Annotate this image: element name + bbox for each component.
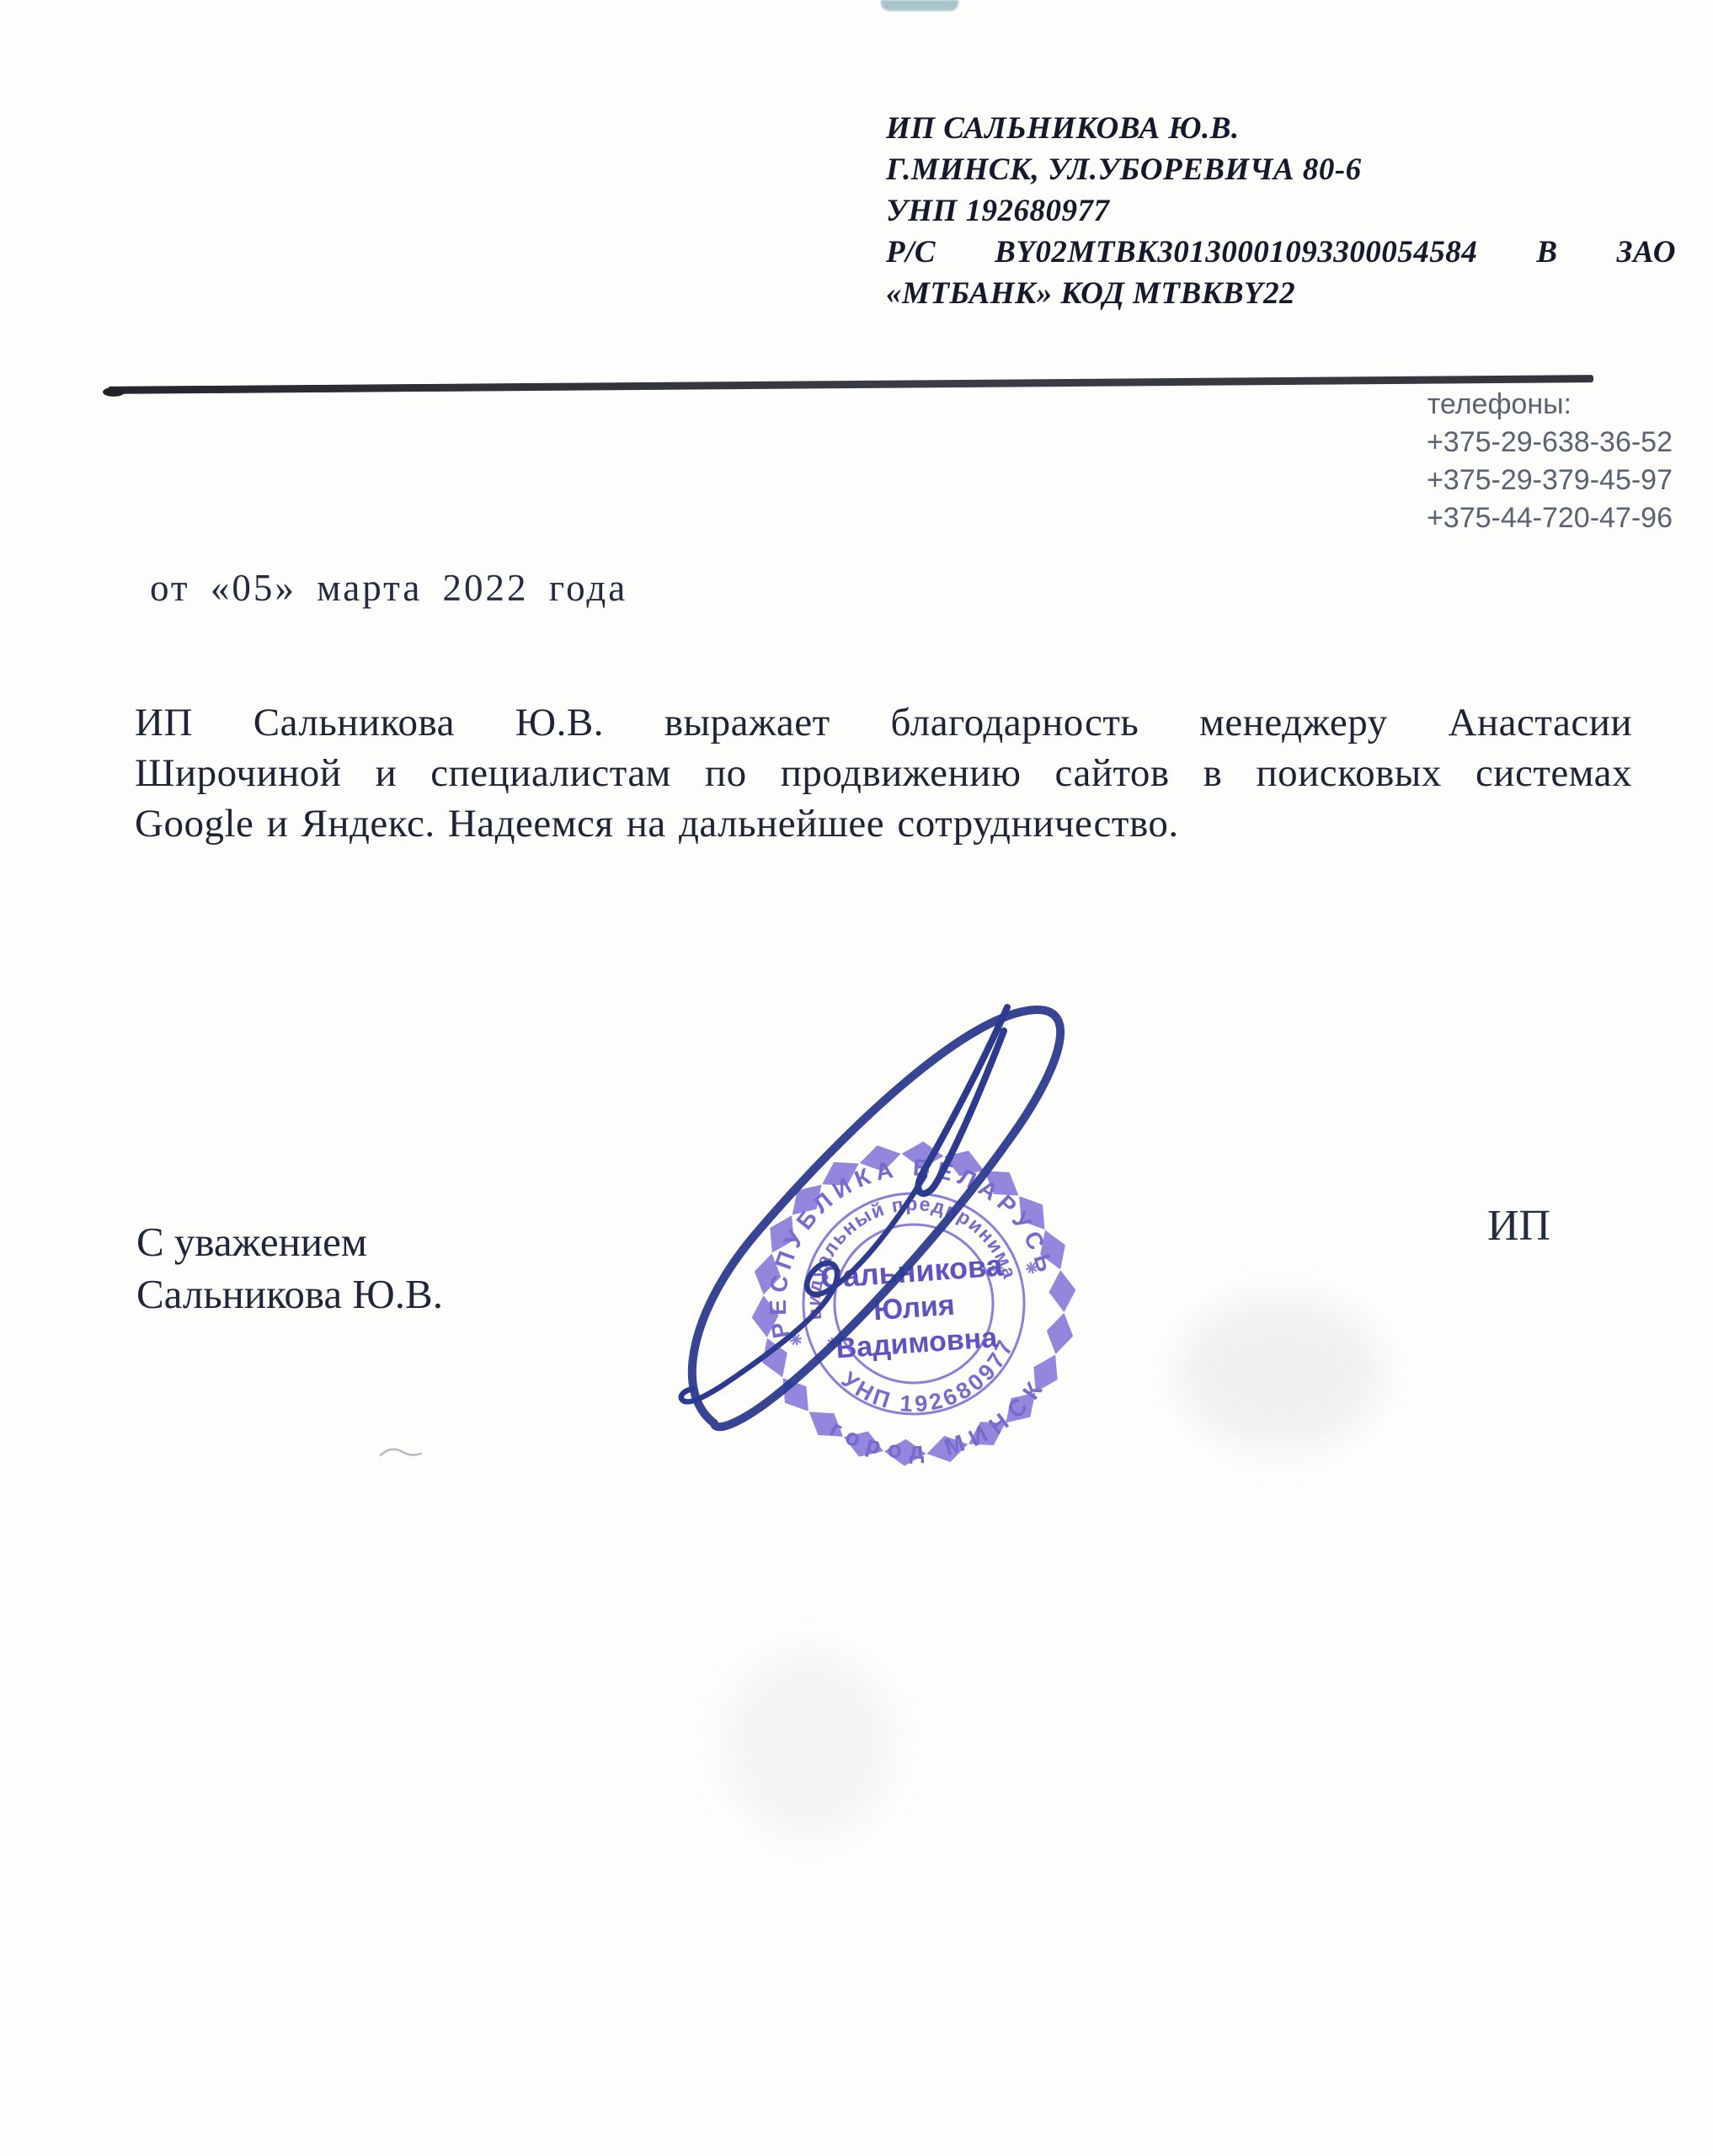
company-name: ИП САЛЬНИКОВА Ю.В. (886, 108, 1676, 149)
phone-number: +375-29-638-36-52 (1427, 424, 1673, 462)
phone-number: +375-29-379-45-97 (1427, 462, 1673, 499)
pencil-mark (371, 1432, 446, 1465)
header-divider-line (108, 375, 1593, 394)
signoff-block: С уважением Сальникова Ю.В. (136, 1216, 443, 1321)
phones-block: телефоны: +375-29-638-36-52 +375-29-379-… (1427, 386, 1673, 537)
signoff-respect: С уважением (136, 1216, 443, 1268)
letter-body: ИП Сальникова Ю.В. выражает благодарност… (135, 697, 1632, 849)
scanned-letter-page: ИП САЛЬНИКОВА Ю.В. Г.МИНСК, УЛ.УБОРЕВИЧА… (0, 0, 1713, 2156)
phone-number: +375-44-720-47-96 (1427, 499, 1673, 537)
bank-name-line: «МТБАНК» КОД MTBKBY22 (886, 273, 1676, 314)
body-line: ИП Сальникова Ю.В. выражает благодарност… (135, 697, 1632, 748)
signoff-name: Сальникова Ю.В. (136, 1268, 443, 1321)
scan-blob (1179, 1297, 1381, 1449)
handwritten-signature (623, 969, 1129, 1474)
bank-account-line: Р/С BY02MTBK30130001093300054584 В ЗАО (886, 232, 1676, 273)
scan-smudge (881, 0, 958, 11)
company-unp: УНП 192680977 (886, 190, 1676, 232)
company-address: Г.МИНСК, УЛ.УБОРЕВИЧА 80-6 (886, 149, 1676, 190)
letter-date: от «05» марта 2022 года (150, 566, 627, 610)
body-line: Google и Яндекс. Надеемся на дальнейшее … (135, 798, 1632, 849)
body-line: Широчиной и специалистам по продвижению … (135, 748, 1632, 798)
letterhead-requisites: ИП САЛЬНИКОВА Ю.В. Г.МИНСК, УЛ.УБОРЕВИЧА… (886, 108, 1676, 314)
ip-right-label: ИП (1487, 1201, 1550, 1251)
scan-blob (724, 1651, 893, 1836)
phones-label: телефоны: (1427, 386, 1572, 424)
